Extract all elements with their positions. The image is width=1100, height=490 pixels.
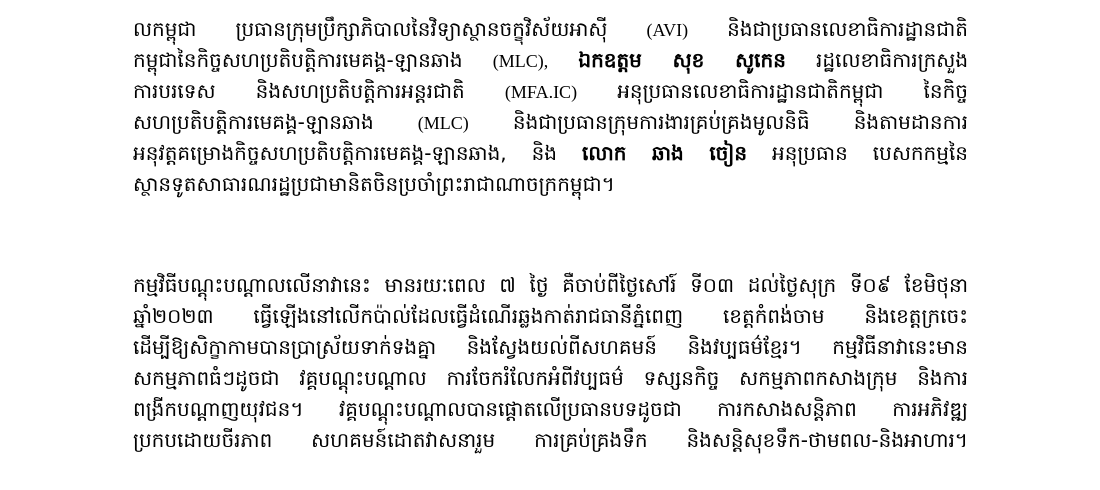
text: រដ្ឋលេខាធិការក្រសួង [786, 48, 968, 72]
text-line: សហប្រតិបត្តិការមេគង្គ-ឡានឆាង (MLC) និងជា… [133, 107, 968, 138]
acronym-mlc: (MLC) [418, 113, 469, 133]
text: ស្ថានទូតសាធារណរដ្ឋប្រជាមានិតចិនប្រចាំព្រ… [133, 172, 615, 196]
text-line: ពង្រីកបណ្តាញយុវជន។ វគ្គបណ្តុះបណ្តាលបានផ្… [133, 394, 968, 425]
text: អនុប្រធាន បេសកកម្មនៃ [747, 141, 968, 165]
text-line: ប្រកបដោយចីរភាព សហគមន៍ដោតវាសនារួម ការគ្រប… [133, 425, 968, 456]
acronym-mlc: (MLC), [493, 51, 549, 71]
text-line: ការបរទេស និងសហប្រតិបត្តិការអន្តរជាតិ (MF… [133, 76, 968, 107]
text: និងជាប្រធានក្រុមការងារគ្រប់គ្រងមូលនិធិ ន… [469, 110, 968, 134]
text: អនុវត្តគម្រោងកិច្ចសហប្រតិបត្តិការមេគង្គ-… [133, 141, 582, 165]
text: កម្ពុជានៃកិច្ចសហប្រតិបត្តិការមេគង្គ-ឡានឆ… [133, 48, 493, 72]
text-line: កម្ពុជានៃកិច្ចសហប្រតិបត្តិការមេគង្គ-ឡានឆ… [133, 45, 968, 76]
person-name-sok-soken: ឯកឧត្តម សុខ សូកេន [578, 48, 786, 72]
text-line: សកម្មភាពធំៗដូចជា វគ្គបណ្តុះបណ្តាល ការចែក… [133, 363, 968, 394]
text: សហប្រតិបត្តិការមេគង្គ-ឡានឆាង [133, 110, 418, 134]
cut-off-top-line [133, 0, 968, 4]
acronym-mfa-ic: (MFA.IC) [505, 82, 577, 102]
text: លកម្ពុជា ប្រធានក្រុមប្រឹក្សាភិបាលនៃវិទ្យ… [133, 17, 646, 41]
text: អនុប្រធានលេខាធិការដ្ឋានជាតិកម្ពុជា នៃកិច… [577, 79, 968, 103]
text: ការបរទេស និងសហប្រតិបត្តិការអន្តរជាតិ [133, 79, 505, 103]
text-line: ដើម្បីឱ្យសិក្ខាកាមបានប្រាស្រ័យទាក់ទងគ្នា… [133, 332, 968, 363]
text-line: អនុវត្តគម្រោងកិច្ចសហប្រតិបត្តិការមេគង្គ-… [133, 138, 968, 169]
text-line: ស្ថានទូតសាធារណរដ្ឋប្រជាមានិតចិនប្រចាំព្រ… [133, 169, 968, 200]
text-line: ឆ្នាំ២០២៣ ធ្វើឡើងនៅលើកប៉ាល់ដែលធ្វើដំណើរឆ… [133, 301, 968, 332]
text: និងជាប្រធានលេខាធិការដ្ឋានជាតិ [688, 17, 968, 41]
text-line: កម្មវិធីបណ្តុះបណ្តាលលើនាវានេះ មានរយៈពេល … [133, 270, 968, 301]
acronym-avi: (AVI) [646, 20, 688, 40]
text-line: លកម្ពុជា ប្រធានក្រុមប្រឹក្សាភិបាលនៃវិទ្យ… [133, 14, 968, 45]
person-name-chang-chien: លោក ឆាង ចៀន [582, 141, 747, 165]
